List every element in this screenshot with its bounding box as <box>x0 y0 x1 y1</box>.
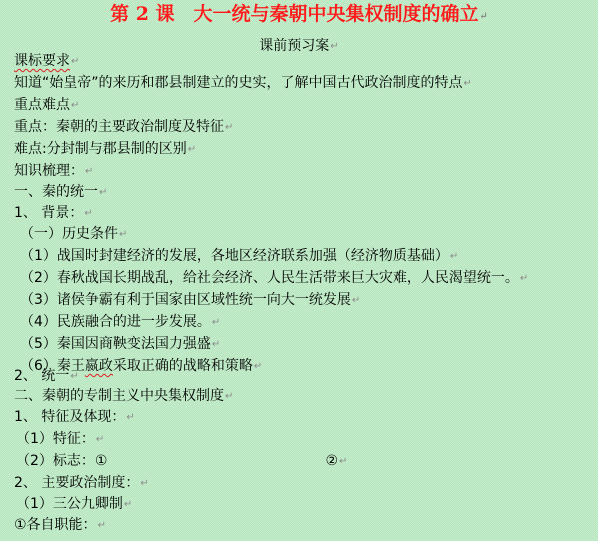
features-heading: 1、 特征及体现：↵ <box>14 406 135 428</box>
paragraph-mark-icon: ↵ <box>124 499 132 510</box>
paragraph-mark-icon: ↵ <box>225 391 233 402</box>
paragraph-mark-icon: ↵ <box>119 229 127 240</box>
paragraph-mark-icon: ↵ <box>520 273 528 284</box>
line-text: 2、 统一 <box>14 368 69 384</box>
line-text: （1）三公九卿制 <box>16 496 123 512</box>
line-text: （3）诸侯争霸有利于国家由区域性统一向大一统发展 <box>20 292 351 308</box>
condition-item-1: （1）战国时封建经济的发展，各地区经济联系加强（经济物质基础）↵ <box>20 245 458 267</box>
document-page: 第 2 课 大一统与秦朝中央集权制度的确立↵ 课前预习案↵ 课标要求↵ 知道“始… <box>0 0 598 541</box>
functions-item: ①各自职能：↵ <box>14 514 106 536</box>
three-lords-nine-ministers-item: （1）三公九卿制↵ <box>16 493 132 515</box>
historical-conditions-heading: （一）历史条件↵ <box>20 223 127 245</box>
line-text: 知道“始皇帝”的来历和郡县制建立的史实，了解中国古代政治制度的特点 <box>14 75 463 91</box>
line-text: 二、秦朝的专制主义中央集权制度 <box>14 388 224 404</box>
condition-item-3: （3）诸侯争霸有利于国家由区域性统一向大一统发展↵ <box>20 289 360 311</box>
paragraph-mark-icon: ↵ <box>70 371 78 382</box>
line-text: 一、秦的统一 <box>14 184 98 200</box>
paragraph-mark-icon: ↵ <box>99 187 107 198</box>
line-text: （2）标志：① <box>16 453 107 469</box>
section-subtitle: 课前预习案↵ <box>0 35 598 57</box>
heading-curriculum-requirements: 课标要求↵ <box>14 50 79 72</box>
line-text: 课标要求 <box>14 53 70 69</box>
paragraph-mark-icon: ↵ <box>480 11 488 22</box>
paragraph-mark-icon: ↵ <box>352 295 360 306</box>
paragraph-mark-icon: ↵ <box>330 41 338 52</box>
paragraph-mark-icon: ↵ <box>96 434 104 445</box>
subtitle-text: 课前预习案 <box>259 38 329 54</box>
lesson-title: 第 2 课 大一统与秦朝中央集权制度的确立↵ <box>0 2 598 26</box>
paragraph-mark-icon: ↵ <box>254 361 262 372</box>
paragraph-mark-icon: ↵ <box>339 456 347 467</box>
line-text: （一）历史条件 <box>20 226 118 242</box>
line-text: （1）特征： <box>16 431 95 447</box>
heading-knowledge-review: 知识梳理：↵ <box>14 160 93 182</box>
spellcheck-flagged-word: 嬴政 <box>85 358 113 374</box>
paragraph-mark-icon: ↵ <box>85 166 93 177</box>
paragraph-mark-icon: ↵ <box>212 317 220 328</box>
paragraph-mark-icon: ↵ <box>71 100 79 111</box>
line-text: （5）秦国因商鞅变法国力强盛 <box>20 336 211 352</box>
condition-item-2: （2）春秋战国长期战乱，给社会经济、人民生活带来巨大灾难，人民渴望统一。↵ <box>20 267 528 289</box>
paragraph-mark-icon: ↵ <box>450 251 458 262</box>
line-text: 2、 主要政治制度： <box>14 475 139 491</box>
paragraph-mark-icon: ↵ <box>126 412 134 423</box>
section-two-heading: 二、秦朝的专制主义中央集权制度↵ <box>14 385 233 407</box>
background-heading: 1、 背景：↵ <box>14 202 93 224</box>
section-one-heading: 一、秦的统一↵ <box>14 181 107 203</box>
line-text: 难点:分封制与郡县制的区别 <box>14 141 187 157</box>
main-political-systems-heading: 2、 主要政治制度：↵ <box>14 472 149 494</box>
heading-key-difficult-points: 重点难点↵ <box>14 94 79 116</box>
line-text: 1、 背景： <box>14 205 83 221</box>
line-text: 重点难点 <box>14 97 70 113</box>
unification-line: 2、 统一↵ <box>14 365 79 387</box>
line-text: （4）民族融合的进一步发展。 <box>20 314 211 330</box>
line-text: 采取正确的战略和策略 <box>113 358 253 374</box>
line-text: （1）战国时封建经济的发展，各地区经济联系加强（经济物质基础） <box>20 248 449 264</box>
line-text: ② <box>325 453 338 469</box>
curriculum-requirement-text: 知道“始皇帝”的来历和郡县制建立的史实，了解中国古代政治制度的特点↵ <box>14 72 472 94</box>
paragraph-mark-icon: ↵ <box>140 478 148 489</box>
line-text: 重点：秦朝的主要政治制度及特征 <box>14 119 224 135</box>
lesson-title-text: 第 2 课 大一统与秦朝中央集权制度的确立 <box>110 3 478 25</box>
feature-item: （1）特征：↵ <box>16 428 104 450</box>
condition-item-4: （4）民族融合的进一步发展。↵ <box>20 311 220 333</box>
key-point-line: 重点：秦朝的主要政治制度及特征↵ <box>14 116 233 138</box>
line-text: 1、 特征及体现： <box>14 409 125 425</box>
line-text: （2）春秋战国长期战乱，给社会经济、人民生活带来巨大灾难，人民渴望统一。 <box>20 270 519 286</box>
condition-item-5: （5）秦国因商鞅变法国力强盛↵ <box>20 333 220 355</box>
paragraph-mark-icon: ↵ <box>225 122 233 133</box>
paragraph-mark-icon: ↵ <box>188 144 196 155</box>
line-text: 知识梳理： <box>14 163 84 179</box>
paragraph-mark-icon: ↵ <box>464 78 472 89</box>
paragraph-mark-icon: ↵ <box>71 56 79 67</box>
symbol-item: （2）标志：①②↵ <box>16 450 347 472</box>
paragraph-mark-icon: ↵ <box>84 208 92 219</box>
paragraph-mark-icon: ↵ <box>212 339 220 350</box>
line-text: ①各自职能： <box>14 517 97 533</box>
paragraph-mark-icon: ↵ <box>98 520 106 531</box>
difficult-point-line: 难点:分封制与郡县制的区别↵ <box>14 138 196 160</box>
